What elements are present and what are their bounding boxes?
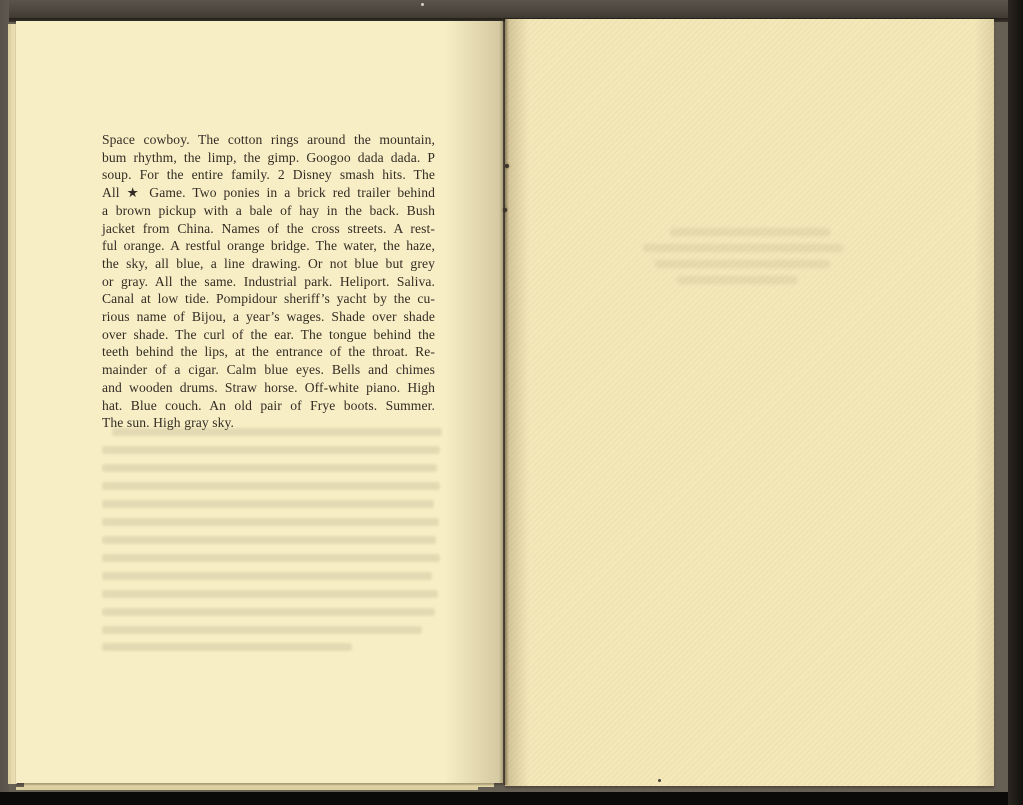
showthrough-line xyxy=(102,643,352,651)
text-line: rious name of Bijou, a year’s wages. Sha… xyxy=(102,308,435,326)
binding-stitch xyxy=(505,164,509,168)
text-line: over shade. The curl of the ear. The ton… xyxy=(102,326,435,344)
text-line: Space cowboy. The cotton rings around th… xyxy=(102,131,435,149)
showthrough-line xyxy=(102,536,436,544)
text-line: All ★ Game. Two ponies in a brick red tr… xyxy=(102,184,435,202)
text-line: mainder of a cigar. Calm blue eyes. Bell… xyxy=(102,361,435,379)
showthrough-line xyxy=(102,608,435,616)
right-page xyxy=(505,19,994,786)
book-gutter xyxy=(499,19,509,785)
showthrough-line xyxy=(102,500,434,508)
showthrough-line xyxy=(102,590,438,598)
showthrough-line xyxy=(102,572,432,580)
text-line: a brown pickup with a bale of hay in the… xyxy=(102,202,435,220)
text-line: teeth behind the lips, at the entrance o… xyxy=(102,343,435,361)
showthrough-line xyxy=(102,518,439,526)
text-line: ful orange. A restful orange bridge. The… xyxy=(102,237,435,255)
text-line: bum rhythm, the limp, the gimp. Googoo d… xyxy=(102,149,435,167)
cover-right-edge xyxy=(1008,0,1023,805)
dust-speck xyxy=(658,779,661,782)
showthrough-line xyxy=(643,244,843,252)
text-line: jacket from China. Names of the cross st… xyxy=(102,220,435,238)
showthrough-line xyxy=(112,428,442,436)
showthrough-line xyxy=(102,446,440,454)
text-line: and wooden drums. Straw horse. Off-white… xyxy=(102,379,435,397)
showthrough-line xyxy=(102,482,440,490)
binding-stitch xyxy=(503,208,507,212)
showthrough-line xyxy=(670,228,830,236)
text-block: Space cowboy. The cotton rings around th… xyxy=(102,131,435,432)
cover-bottom-edge xyxy=(0,792,1023,805)
left-page: Space cowboy. The cotton rings around th… xyxy=(16,21,503,783)
showthrough-line xyxy=(102,554,440,562)
showthrough-line xyxy=(677,276,797,284)
text-line: soup. For the entire family. 2 Disney sm… xyxy=(102,166,435,184)
showthrough-line xyxy=(102,464,437,472)
dust-speck xyxy=(421,3,424,6)
text-line: Canal at low tide. Pompidour sheriff’s y… xyxy=(102,290,435,308)
page-bottom-edge xyxy=(16,787,478,790)
text-line: hat. Blue couch. An old pair of Frye boo… xyxy=(102,397,435,415)
showthrough-line xyxy=(655,260,830,268)
showthrough-line xyxy=(102,626,422,634)
text-line: the sky, all blue, a line drawing. Or no… xyxy=(102,255,435,273)
open-book-photo: Space cowboy. The cotton rings around th… xyxy=(0,0,1023,805)
text-line: or gray. All the same. Industrial park. … xyxy=(102,273,435,291)
